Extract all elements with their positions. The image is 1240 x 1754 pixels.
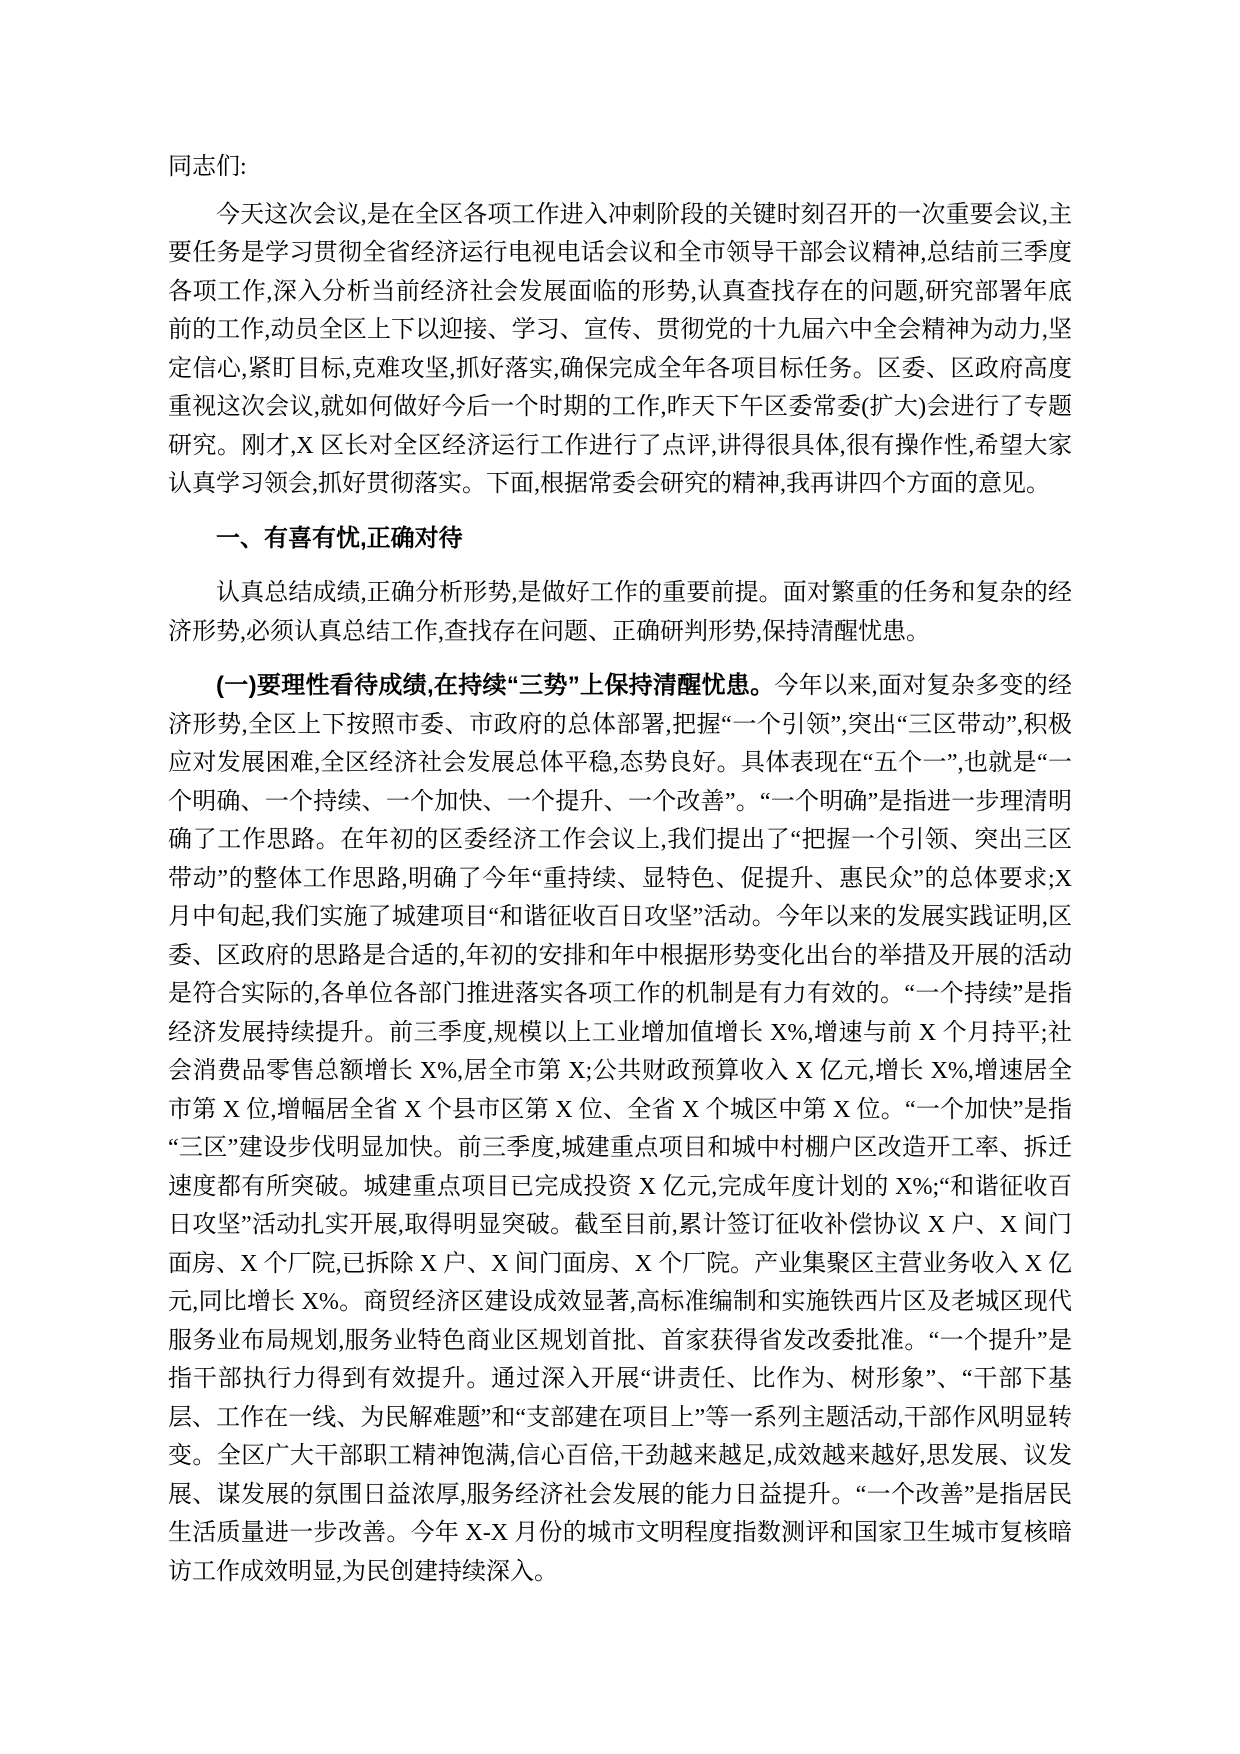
point-1-bold-lead: (一)要理性看待成绩,在持续“三势”上保持清醒忧患。 [216,672,774,699]
point-1-body-text: 今年以来,面对复杂多变的经济形势,全区上下按照市委、市政府的总体部署,把握“一个… [168,673,1072,1585]
section-1-point-1-paragraph: (一)要理性看待成绩,在持续“三势”上保持清醒忧患。今年以来,面对复杂多变的经济… [168,667,1072,1591]
section-1-heading: 一、有喜有忧,正确对待 [168,520,1072,559]
salutation: 同志们: [168,148,1072,187]
document-page: 同志们: 今天这次会议,是在全区各项工作进入冲刺阶段的关键时刻召开的一次重要会议… [0,0,1240,1754]
intro-paragraph: 今天这次会议,是在全区各项工作进入冲刺阶段的关键时刻召开的一次重要会议,主要任务… [168,196,1072,504]
section-1-lead-paragraph: 认真总结成绩,正确分析形势,是做好工作的重要前提。面对繁重的任务和复杂的经济形势… [168,574,1072,651]
